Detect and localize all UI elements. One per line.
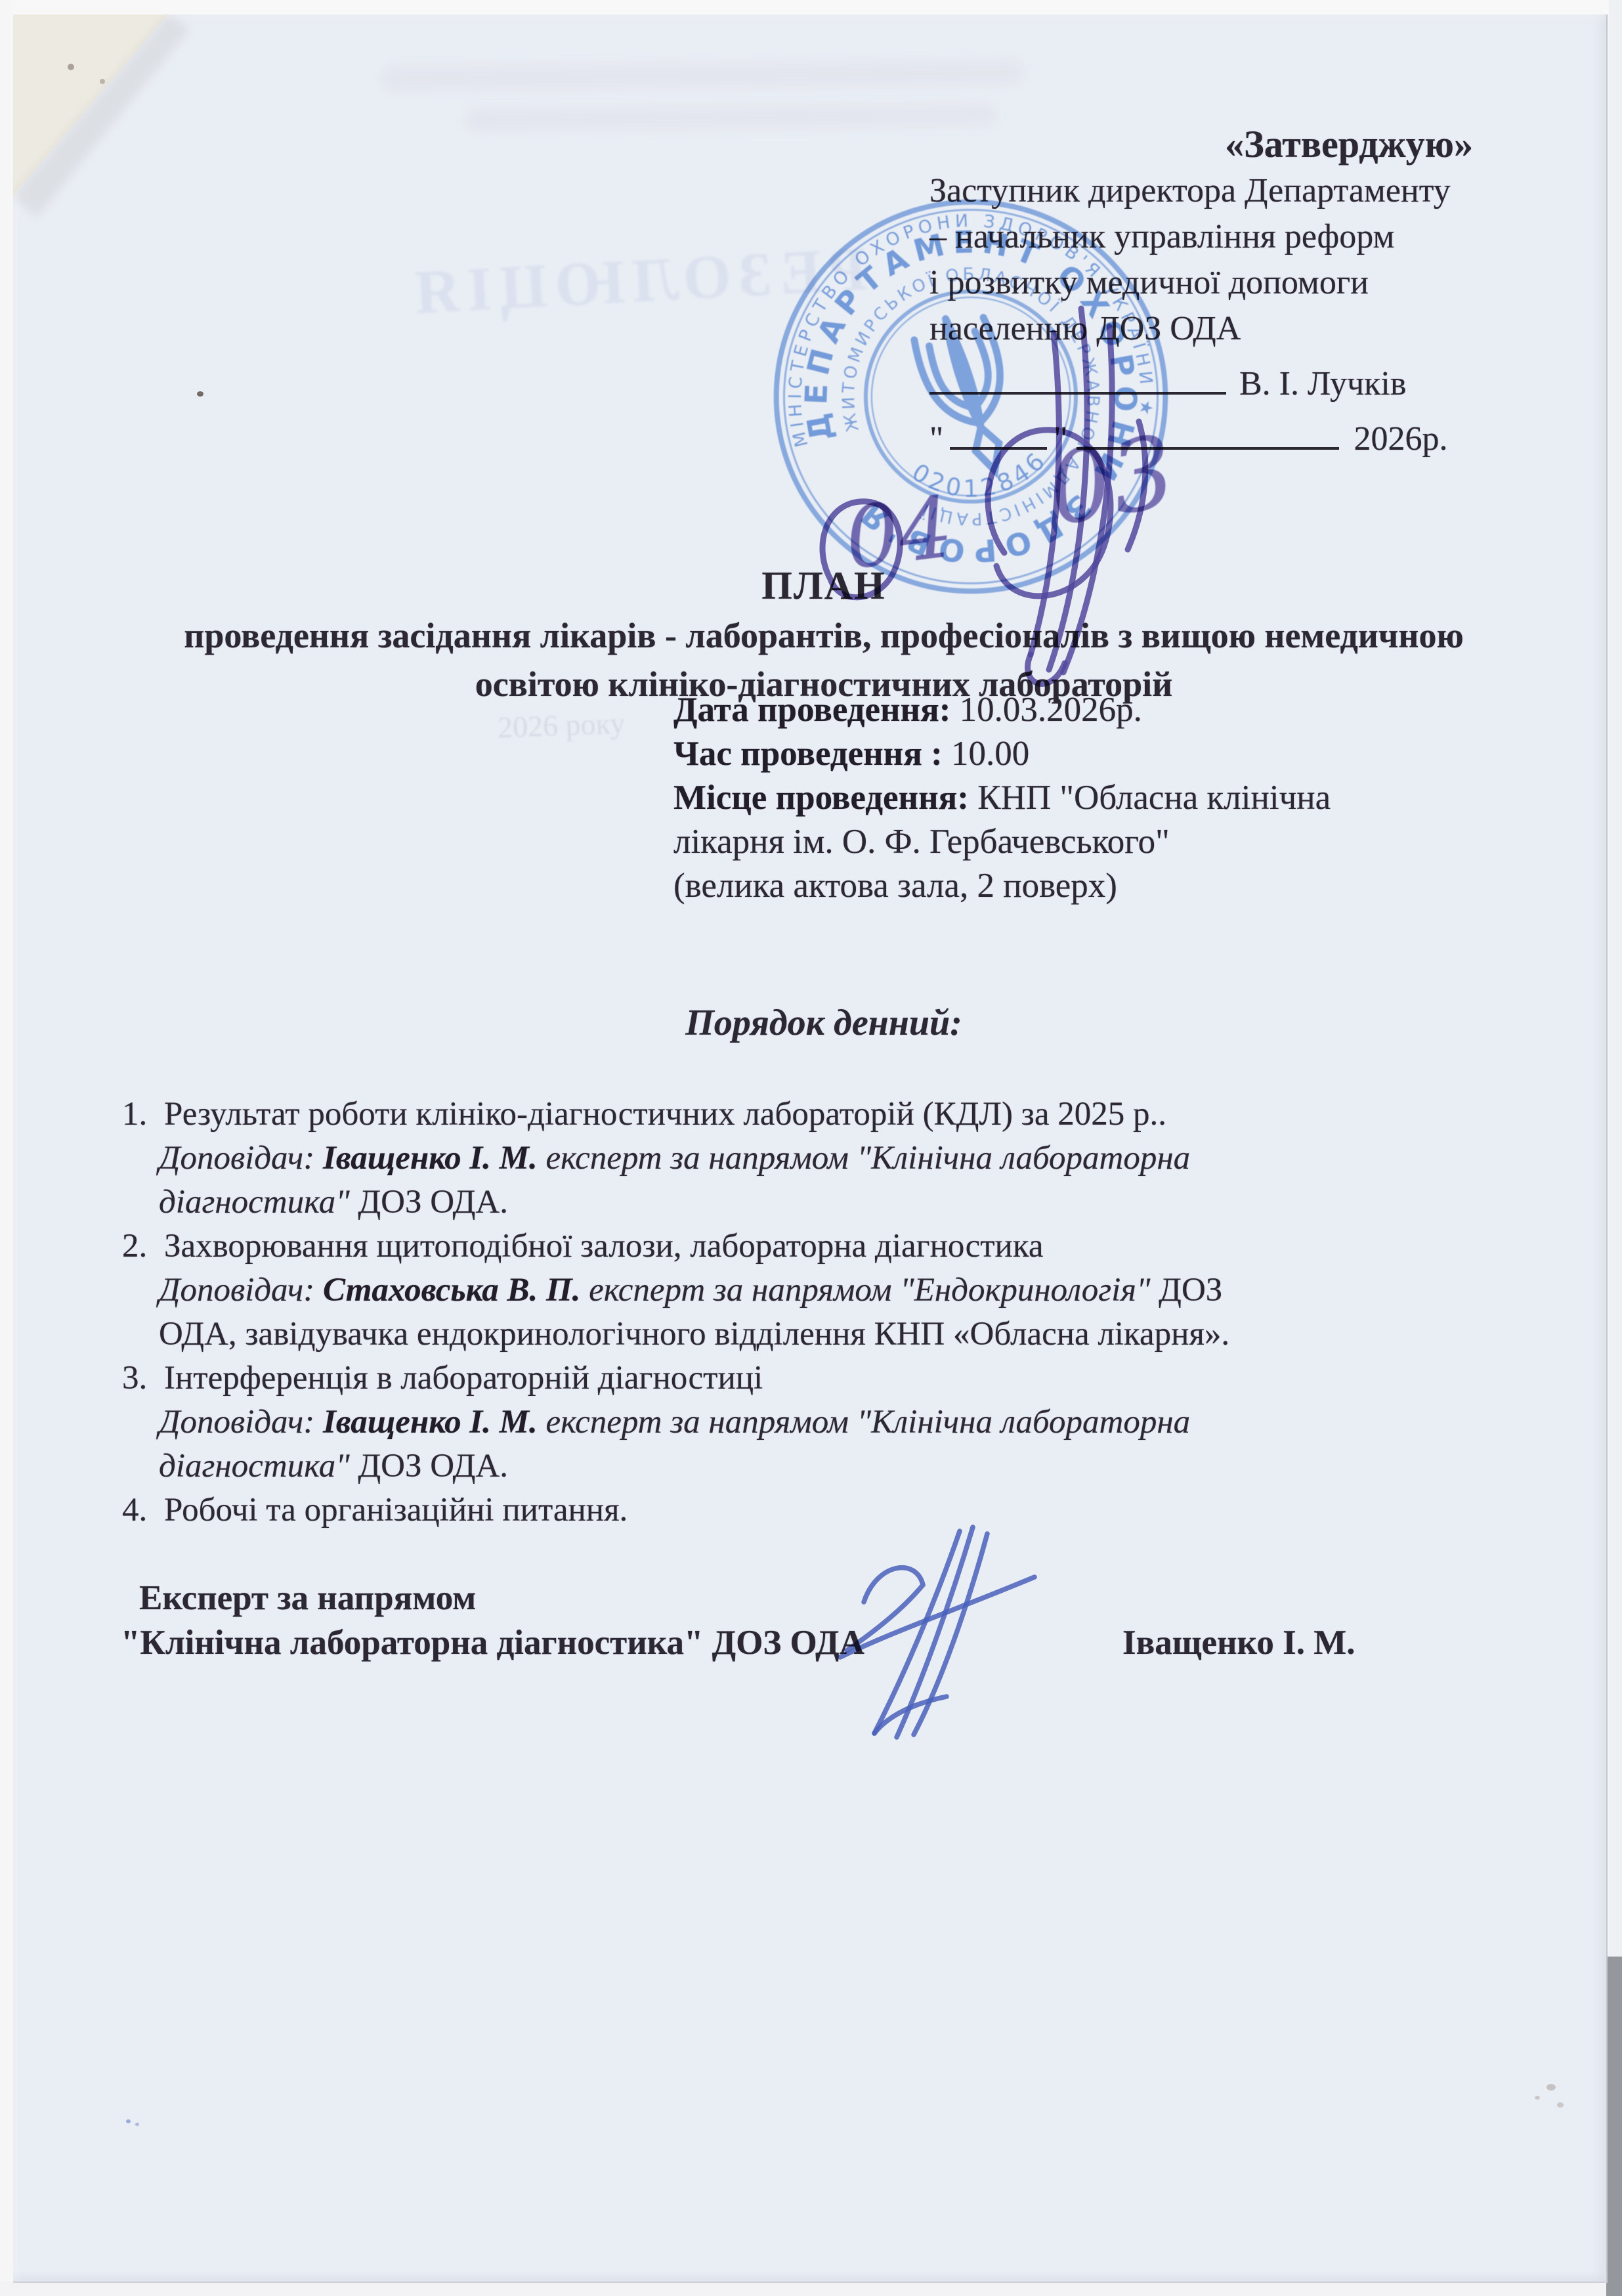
agenda-item-text: ОДА, завідувачка ендокринологічного відд… [159,1316,1229,1353]
footer-role-line: Експерт за напрямом [139,1578,476,1618]
agenda-item: 3.Інтерференція в лабораторній діагности… [122,1356,1540,1400]
approver-name: В. І. Лучків [1239,365,1406,402]
text-segment: експерт за напрямом "Клінічна лабораторн… [538,1404,1190,1440]
agenda-item-text: Доповідач: Іващенко І. М. експерт за нап… [159,1404,1190,1440]
agenda-item-text: Доповідач: Стаховська В. П. експерт за н… [159,1272,1222,1309]
detail-line: Час проведення : 10.00 [673,732,1592,776]
text-segment: Доповідач: [159,1272,323,1309]
ghost-text-smudge [465,104,996,131]
text-segment: Інтерференція в лабораторній діагностиці [164,1360,763,1397]
scanned-document-page: { "approval": { "word": "«Затверджую»", … [0,0,1622,2296]
approve-heading: «Затверджую» [1225,122,1473,166]
text-segment: ДОЗ [1159,1272,1222,1309]
agenda-item-number: 1. [122,1093,147,1137]
text-segment: Місце проведення: [673,779,969,817]
ink-speck [126,2119,131,2123]
text-segment: Захворювання щитоподібної залози, лабора… [164,1228,1044,1265]
agenda-item-continuation: Доповідач: Іващенко І. М. експерт за нап… [122,1137,1540,1180]
agenda-item-text: діагностика" ДОЗ ОДА. [159,1448,508,1484]
expert-signature [831,1517,1120,1740]
agenda-list: 1.Результат роботи клініко-діагностичних… [122,1093,1540,1532]
agenda-item-text: Робочі та організаційні питання. [164,1492,628,1528]
agenda-item: 1.Результат роботи клініко-діагностичних… [122,1093,1540,1137]
folded-corner [13,14,302,303]
footer-role-line: "Клінічна лабораторна діагностика" ДОЗ О… [121,1623,864,1662]
text-segment: Стаховська В. П. [323,1272,580,1309]
ghost-text-smudge [381,60,1024,91]
text-segment: ДОЗ ОДА. [358,1184,508,1221]
ink-speck [197,391,203,397]
text-segment: експерт за напрямом "Клінічна лабораторн… [538,1140,1190,1177]
text-segment: лікарня ім. О. Ф. Гербачевського" [673,823,1170,861]
agenda-item-text: діагностика" ДОЗ ОДА. [159,1184,508,1221]
agenda-item-continuation: Доповідач: Іващенко І. М. експерт за нап… [122,1400,1540,1444]
detail-line: Місце проведення: КНП "Обласна клінічна [673,776,1592,820]
scan-frame-left [0,0,13,2296]
pen-flourish [755,271,1254,704]
agenda-item: 2.Захворювання щитоподібної залози, лабо… [122,1224,1540,1268]
meeting-details: Дата проведення: 10.03.2026р. Час провед… [673,688,1592,908]
agenda-item-number: 3. [122,1356,147,1400]
handwritten-month: 03 [1040,414,1183,549]
text-segment: (велика актова зала, 2 поверх) [673,867,1117,905]
agenda-item-text: Результат роботи клініко-діагностичних л… [164,1096,1166,1133]
text-segment: Результат роботи клініко-діагностичних л… [164,1096,1166,1133]
date-year: 2026р. [1354,420,1447,458]
paper-sheet: РЕЗОЛЮЦІЯ 2026 року «Затверджую» Заступн… [13,14,1608,2283]
agenda-item-text: Доповідач: Іващенко І. М. експерт за нап… [159,1140,1190,1177]
agenda-heading: Порядок денний: [75,1002,1572,1044]
agenda-item-continuation: ОДА, завідувачка ендокринологічного відд… [122,1312,1540,1356]
agenda-item-continuation: діагностика" ДОЗ ОДА. [122,1444,1540,1488]
scan-frame-top [0,0,1622,14]
text-segment: ДОЗ ОДА. [358,1448,508,1484]
text-segment: Іващенко І. М. [323,1140,538,1177]
ink-speck [1547,2084,1556,2090]
text-segment: діагностика" [159,1184,358,1221]
agenda-item-number: 4. [122,1488,147,1532]
ink-speck [1535,2096,1540,2100]
agenda-item-text: Інтерференція в лабораторній діагностиці [164,1360,763,1397]
text-segment: ОДА, завідувачка ендокринологічного відд… [159,1316,1229,1353]
ghost-year-note: 2026 року [497,706,626,745]
agenda-item-number: 2. [122,1224,147,1268]
detail-line: (велика актова зала, 2 поверх) [673,864,1592,908]
text-segment: Іващенко І. М. [323,1404,538,1440]
text-segment: експерт за напрямом "Ендокринологія" [580,1272,1159,1309]
text-segment: 10.00 [943,735,1030,773]
scan-frame-right [1609,0,1622,2296]
text-segment: Доповідач: [159,1140,323,1177]
agenda-item-text: Захворювання щитоподібної залози, лабора… [164,1228,1044,1265]
ink-speck [135,2123,139,2126]
scan-frame-bottom [0,2282,1622,2296]
text-segment: Час проведення : [673,735,943,773]
ink-speck [1557,2102,1564,2108]
text-segment: КНП "Обласна клінічна [969,779,1331,817]
detail-line: лікарня ім. О. Ф. Гербачевського" [673,820,1592,864]
handwritten-day: 04 [840,479,958,589]
text-segment: діагностика" [159,1448,358,1484]
footer-expert-name: Іващенко І. М. [1122,1623,1355,1662]
text-segment: Доповідач: [159,1404,323,1440]
text-segment: Робочі та організаційні питання. [164,1492,628,1528]
scan-frame-right-shadow [1606,1957,1622,2296]
agenda-item-continuation: Доповідач: Стаховська В. П. експерт за н… [122,1268,1540,1312]
agenda-item-continuation: діагностика" ДОЗ ОДА. [122,1180,1540,1224]
